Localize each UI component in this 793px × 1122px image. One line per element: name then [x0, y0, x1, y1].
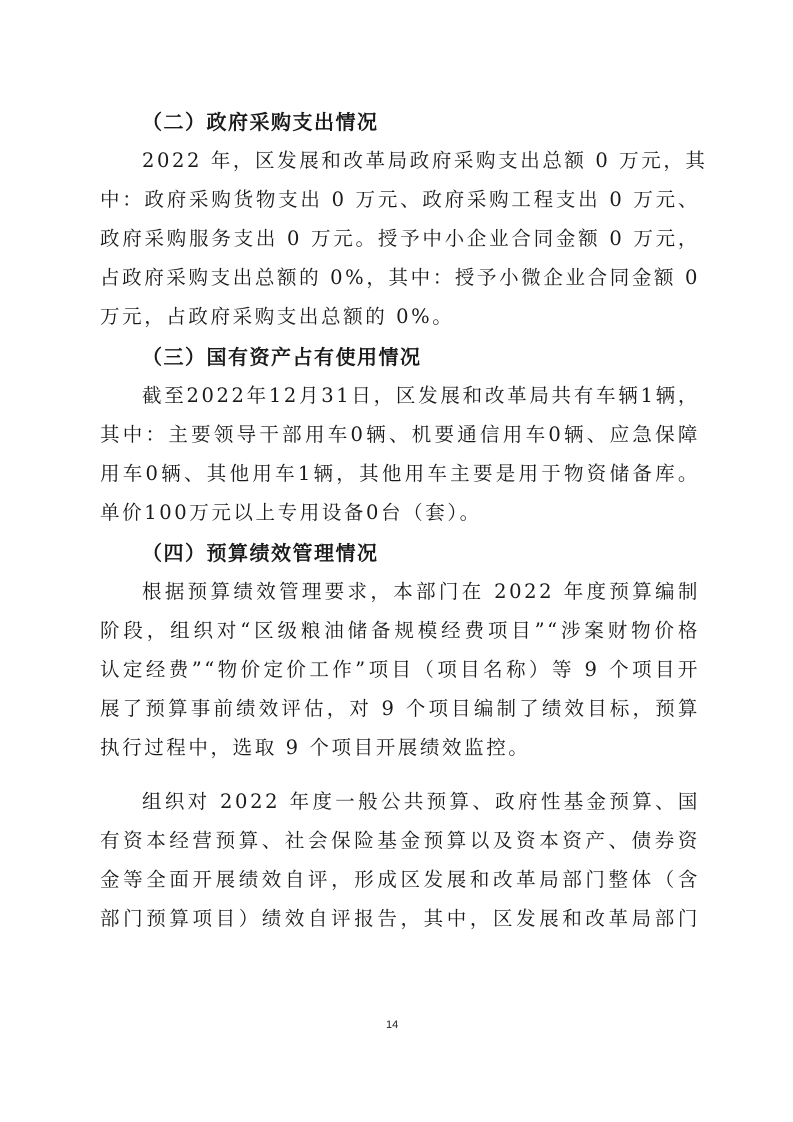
paragraph-line: 万元，占政府采购支出总额的 0%。: [100, 305, 700, 329]
paragraph-line: 政府采购服务支出 0 万元。授予中小企业合同金额 0 万元，: [100, 227, 700, 251]
section-heading-state-assets: （三）国有资产占有使用情况: [142, 345, 422, 369]
section-heading-procurement: （二）政府采购支出情况: [142, 110, 379, 134]
paragraph-line: 用车0辆、其他用车1辆，其他用车主要是用于物资储备库。: [100, 462, 700, 486]
paragraph-line: 中：政府采购货物支出 0 万元、政府采购工程支出 0 万元、: [100, 188, 700, 212]
paragraph-line: 认定经费”“物价定价工作”项目（项目名称）等 9 个项目开: [100, 658, 700, 682]
paragraph-line: 金等全面开展绩效自评，形成区发展和改革局部门整体（含: [100, 868, 700, 892]
document-page: （二）政府采购支出情况 2022 年，区发展和改革局政府采购支出总额 0 万元，…: [0, 0, 793, 1122]
paragraph-line: 组织对 2022 年度一般公共预算、政府性基金预算、国: [142, 790, 700, 814]
paragraph-line: 有资本经营预算、社会保险基金预算以及资本资产、债券资: [100, 829, 700, 853]
paragraph-line: 占政府采购支出总额的 0%，其中：授予小微企业合同金额 0: [100, 266, 700, 290]
paragraph-line: 其中：主要领导干部用车0辆、机要通信用车0辆、应急保障: [100, 423, 700, 447]
paragraph-line: 阶段，组织对“区级粮油储备规模经费项目”“涉案财物价格: [100, 619, 700, 643]
paragraph-line: 执行过程中，选取 9 个项目开展绩效监控。: [100, 736, 700, 760]
page-number: 14: [386, 1019, 398, 1031]
paragraph-line: 单价100万元以上专用设备0台（套）。: [100, 501, 700, 525]
section-heading-performance: （四）预算绩效管理情况: [142, 541, 379, 565]
paragraph-line: 根据预算绩效管理要求，本部门在 2022 年度预算编制: [142, 580, 700, 604]
paragraph-line: 截至2022年12月31日，区发展和改革局共有车辆1辆，: [142, 384, 700, 408]
paragraph-line: 部门预算项目）绩效自评报告，其中，区发展和改革局部门: [100, 907, 700, 931]
paragraph-line: 展了预算事前绩效评估，对 9 个项目编制了绩效目标，预算: [100, 697, 700, 721]
paragraph-line: 2022 年，区发展和改革局政府采购支出总额 0 万元，其: [142, 149, 700, 173]
